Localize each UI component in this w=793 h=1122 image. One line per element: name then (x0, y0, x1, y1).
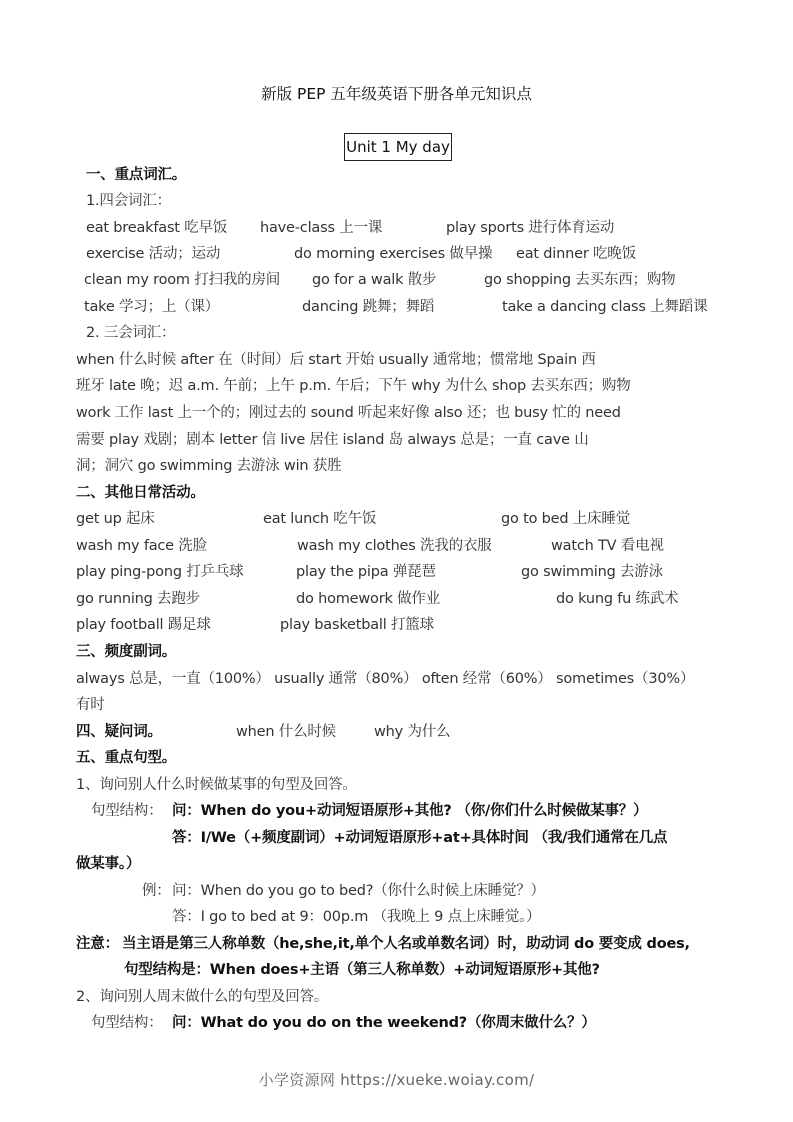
activity-row: get up 起床 eat lunch 吃午饭 go to bed 上床睡觉 (76, 506, 718, 532)
vocab-paragraph-line: 班牙 late 晚；迟 a.m. 午前；上午 p.m. 午后；下午 why 为什… (76, 373, 718, 399)
vocab-item: do morning exercises 做早操 (294, 241, 492, 267)
pattern1-answer-cont: 做某事。） (76, 851, 718, 877)
activity-item: go running 去跑步 (76, 586, 200, 612)
activity-item: do homework 做作业 (296, 586, 440, 612)
footer-watermark: 小学资源网 https://xueke.woiay.com/ (0, 1069, 793, 1090)
activity-row: wash my face 洗脸 wash my clothes 洗我的衣服 wa… (76, 533, 718, 559)
vocab-paragraph-line: 洞；洞穴 go swimming 去游泳 win 获胜 (76, 453, 718, 479)
section1-heading: 一、重点词汇。 (86, 162, 728, 188)
pattern1-title: 1、询问别人什么时候做某事的句型及回答。 (76, 772, 718, 798)
frequency-adverbs-line: always 总是，一直（100%） usually 通常（80%） often… (76, 666, 718, 692)
structure-label: 句型结构： (91, 1010, 163, 1036)
vocab-item: play sports 进行体育运动 (446, 215, 614, 241)
activity-item: wash my face 洗脸 (76, 533, 207, 559)
activity-item: play the pipa 弹琵琶 (296, 559, 436, 585)
note-structure: 句型结构是：When does+主语（第三人称单数）+动词短语原形+其他? (124, 957, 600, 983)
pattern1-question-row: 句型结构： 问：When do you+动词短语原形+其他? （你/你们什么时候… (76, 798, 718, 824)
pattern1-answer: 答：I/We（+频度副词）+动词短语原形+at+具体时间 （我/我们通常在几点 (172, 825, 667, 851)
vocab-item: eat dinner 吃晚饭 (516, 241, 636, 267)
section1-sub1-heading: 1.四会词汇： (86, 188, 728, 214)
vocab-row: take 学习；上（课） dancing 跳舞；舞蹈 take a dancin… (76, 294, 718, 320)
question-words-row: 四、疑问词。 when 什么时候 why 为什么 (76, 719, 718, 745)
section2-heading: 二、其他日常活动。 (76, 480, 718, 506)
vocab-row: exercise 活动；运动 do morning exercises 做早操 … (76, 241, 718, 267)
vocab-paragraph-line: when 什么时候 after 在（时间）后 start 开始 usually … (76, 347, 718, 373)
vocab-item: clean my room 打扫我的房间 (84, 267, 280, 293)
document-page: 新版 PEP 五年级英语下册各单元知识点 Unit 1 My day 一、重点词… (0, 0, 793, 1122)
activity-item: get up 起床 (76, 506, 155, 532)
example-answer: 答：I go to bed at 9：00p.m （我晚上 9 点上床睡觉。） (172, 904, 540, 930)
structure-label: 句型结构： (91, 798, 163, 824)
vocab-paragraph-line: work 工作 last 上一个的；刚过去的 sound 听起来好像 also … (76, 400, 718, 426)
vocab-item: have-class 上一课 (260, 215, 382, 241)
vocab-item: exercise 活动；运动 (86, 241, 220, 267)
pattern2-question: 问：What do you do on the weekend?（你周末做什么？… (172, 1010, 596, 1036)
note-text: 当主语是第三人称单数（he,she,it,单个人名或单数名词）时，助动词 do … (122, 931, 690, 957)
activity-row: go running 去跑步 do homework 做作业 do kung f… (76, 586, 718, 612)
activity-row: play ping-pong 打乒乓球 play the pipa 弹琵琶 go… (76, 559, 718, 585)
vocab-item: go shopping 去买东西；购物 (484, 267, 675, 293)
pattern2-title: 2、询问别人周末做什么的句型及回答。 (76, 984, 718, 1010)
activity-item: play basketball 打篮球 (280, 612, 434, 638)
vocab-item: take 学习；上（课） (84, 294, 219, 320)
example-question: 问：When do you go to bed?（你什么时候上床睡觉？） (172, 878, 545, 904)
vocab-row: eat breakfast 吃早饭 have-class 上一课 play sp… (76, 215, 718, 241)
section1-sub2-heading: 2. 三会词汇： (86, 320, 728, 346)
section3-heading: 三、频度副词。 (76, 639, 718, 665)
pattern1-question: 问：When do you+动词短语原形+其他? （你/你们什么时候做某事？） (172, 798, 647, 824)
vocab-item: eat breakfast 吃早饭 (86, 215, 227, 241)
note-label: 注意： (76, 931, 119, 957)
vocab-row: clean my room 打扫我的房间 go for a walk 散步 go… (76, 267, 718, 293)
example-question-row: 例： 问：When do you go to bed?（你什么时候上床睡觉？） (76, 878, 718, 904)
note-row: 注意： 当主语是第三人称单数（he,she,it,单个人名或单数名词）时，助动词… (76, 931, 718, 957)
section4-heading: 四、疑问词。 (76, 719, 162, 745)
example-label: 例： (142, 878, 171, 904)
activity-item: play ping-pong 打乒乓球 (76, 559, 243, 585)
document-title: 新版 PEP 五年级英语下册各单元知识点 (0, 84, 793, 104)
section5-heading: 五、重点句型。 (76, 745, 718, 771)
question-word: why 为什么 (374, 719, 450, 745)
question-word: when 什么时候 (236, 719, 336, 745)
activity-row: play football 踢足球 play basketball 打篮球 (76, 612, 718, 638)
example-answer-row: 答：I go to bed at 9：00p.m （我晚上 9 点上床睡觉。） (76, 904, 718, 930)
vocab-item: dancing 跳舞；舞蹈 (302, 294, 434, 320)
vocab-paragraph-line: 需要 play 戏剧；剧本 letter 信 live 居住 island 岛 … (76, 427, 718, 453)
activity-item: go to bed 上床睡觉 (501, 506, 630, 532)
vocab-item: take a dancing class 上舞蹈课 (502, 294, 707, 320)
vocab-item: go for a walk 散步 (312, 267, 436, 293)
activity-item: eat lunch 吃午饭 (263, 506, 376, 532)
unit-label-box: Unit 1 My day (344, 133, 452, 161)
activity-item: do kung fu 练武术 (556, 586, 678, 612)
pattern2-question-row: 句型结构： 问：What do you do on the weekend?（你… (76, 1010, 718, 1036)
activity-item: go swimming 去游泳 (521, 559, 663, 585)
activity-item: watch TV 看电视 (551, 533, 664, 559)
activity-item: wash my clothes 洗我的衣服 (297, 533, 492, 559)
activity-item: play football 踢足球 (76, 612, 211, 638)
note-row: 句型结构是：When does+主语（第三人称单数）+动词短语原形+其他? (76, 957, 718, 983)
pattern1-answer-row: 答：I/We（+频度副词）+动词短语原形+at+具体时间 （我/我们通常在几点 (76, 825, 718, 851)
frequency-adverbs-line: 有时 (76, 692, 718, 718)
